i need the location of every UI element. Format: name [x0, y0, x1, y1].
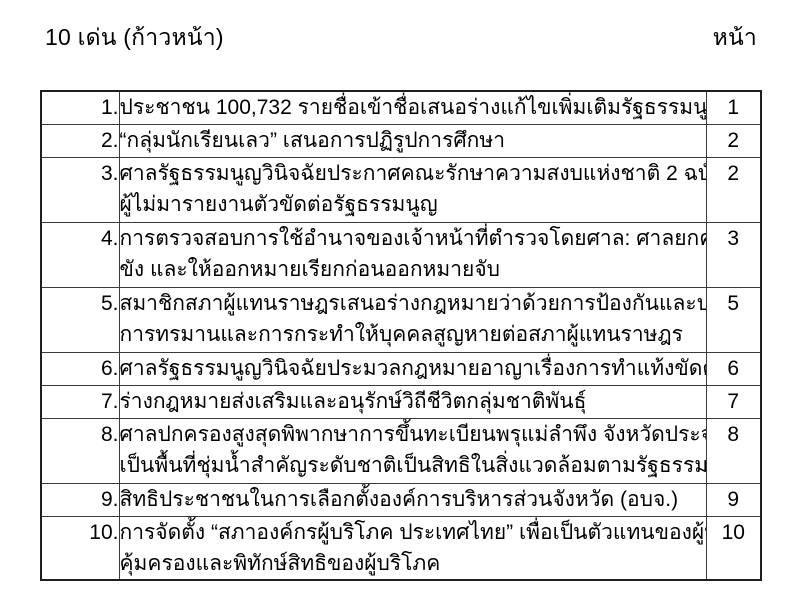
- contents-table: 1. ประชาชน 100,732 รายชื่อเข้าชื่อเสนอร่…: [40, 90, 762, 581]
- table-row: 10. การจัดตั้ง “สภาองค์กรผู้บริโภค ประเท…: [41, 516, 761, 580]
- item-number: 7.: [41, 385, 119, 418]
- document-header: 10 เด่น (ก้าวหน้า) หน้า: [0, 0, 800, 90]
- page-title: 10 เด่น (ก้าวหน้า): [45, 22, 224, 52]
- item-page-number: 5: [706, 287, 761, 352]
- item-title: “กลุ่มนักเรียนเลว” เสนอการปฏิรูปการศึกษา: [119, 124, 706, 157]
- item-number: 6.: [41, 352, 119, 385]
- item-title-line: ศาลรัฐธรรมนูญวินิจฉัยประมวลกฎหมายอาญาเรื…: [120, 353, 706, 384]
- item-page-number: 10: [706, 516, 761, 580]
- document-page: 10 เด่น (ก้าวหน้า) หน้า 1. ประชาชน 100,7…: [0, 0, 800, 612]
- item-title-line: ประชาชน 100,732 รายชื่อเข้าชื่อเสนอร่างแ…: [120, 92, 706, 123]
- table-row: 9. สิทธิประชาชนในการเลือกตั้งองค์การบริห…: [41, 483, 761, 516]
- item-title: ศาลปกครองสูงสุดพิพากษาการขึ้นทะเบียนพรุแ…: [119, 418, 706, 483]
- item-title-line: ศาลรัฐธรรมนูญวินิจฉัยประกาศคณะรักษาความส…: [120, 158, 706, 189]
- item-page-number: 1: [706, 91, 761, 124]
- item-title: การตรวจสอบการใช้อำนาจของเจ้าหน้าที่ตำรวจ…: [119, 222, 706, 287]
- item-title-line: ผู้ไม่มารายงานตัวขัดต่อรัฐธรรมนูญ: [120, 189, 706, 220]
- item-page-number: 2: [706, 157, 761, 222]
- item-title-line: สิทธิประชาชนในการเลือกตั้งองค์การบริหารส…: [120, 484, 706, 515]
- table-row: 5. สมาชิกสภาผู้แทนราษฎรเสนอร่างกฎหมายว่า…: [41, 287, 761, 352]
- table-row: 6. ศาลรัฐธรรมนูญวินิจฉัยประมวลกฎหมายอาญา…: [41, 352, 761, 385]
- item-title: ประชาชน 100,732 รายชื่อเข้าชื่อเสนอร่างแ…: [119, 91, 706, 124]
- item-title-line: ศาลปกครองสูงสุดพิพากษาการขึ้นทะเบียนพรุแ…: [120, 419, 706, 450]
- item-number: 2.: [41, 124, 119, 157]
- item-title-line: การจัดตั้ง “สภาองค์กรผู้บริโภค ประเทศไทย…: [120, 517, 706, 548]
- table-row: 2. “กลุ่มนักเรียนเลว” เสนอการปฏิรูปการศึ…: [41, 124, 761, 157]
- table-row: 8. ศาลปกครองสูงสุดพิพากษาการขึ้นทะเบียนพ…: [41, 418, 761, 483]
- item-title: สิทธิประชาชนในการเลือกตั้งองค์การบริหารส…: [119, 483, 706, 516]
- item-title-line: การทรมานและการกระทำให้บุคคลสูญหายต่อสภาผ…: [120, 319, 706, 350]
- item-number: 9.: [41, 483, 119, 516]
- item-page-number: 9: [706, 483, 761, 516]
- item-number: 10.: [41, 516, 119, 580]
- item-title-line: เป็นพื้นที่ชุ่มน้ำสำคัญระดับชาติเป็นสิทธ…: [120, 450, 706, 481]
- item-page-number: 8: [706, 418, 761, 483]
- item-page-number: 2: [706, 124, 761, 157]
- item-title-line: ร่างกฎหมายส่งเสริมและอนุรักษ์วิถีชีวิตกล…: [120, 386, 706, 417]
- item-number: 5.: [41, 287, 119, 352]
- item-number: 8.: [41, 418, 119, 483]
- item-title: ศาลรัฐธรรมนูญวินิจฉัยประมวลกฎหมายอาญาเรื…: [119, 352, 706, 385]
- table-row: 7. ร่างกฎหมายส่งเสริมและอนุรักษ์วิถีชีวิ…: [41, 385, 761, 418]
- table-row: 3. ศาลรัฐธรรมนูญวินิจฉัยประกาศคณะรักษาคว…: [41, 157, 761, 222]
- item-title-line: “กลุ่มนักเรียนเลว” เสนอการปฏิรูปการศึกษา: [120, 125, 706, 156]
- item-number: 1.: [41, 91, 119, 124]
- table-row: 1. ประชาชน 100,732 รายชื่อเข้าชื่อเสนอร่…: [41, 91, 761, 124]
- item-title: ศาลรัฐธรรมนูญวินิจฉัยประกาศคณะรักษาความส…: [119, 157, 706, 222]
- item-number: 3.: [41, 157, 119, 222]
- item-title-line: ขัง และให้ออกหมายเรียกก่อนออกหมายจับ: [120, 254, 706, 285]
- item-title: การจัดตั้ง “สภาองค์กรผู้บริโภค ประเทศไทย…: [119, 516, 706, 580]
- item-title-line: คุ้มครองและพิทักษ์สิทธิของผู้บริโภค: [120, 548, 706, 579]
- table-row: 4. การตรวจสอบการใช้อำนาจของเจ้าหน้าที่ตำ…: [41, 222, 761, 287]
- item-title-line: สมาชิกสภาผู้แทนราษฎรเสนอร่างกฎหมายว่าด้ว…: [120, 288, 706, 319]
- page-column-label: หน้า: [713, 22, 757, 52]
- item-title-line: การตรวจสอบการใช้อำนาจของเจ้าหน้าที่ตำรวจ…: [120, 223, 706, 254]
- item-title: ร่างกฎหมายส่งเสริมและอนุรักษ์วิถีชีวิตกล…: [119, 385, 706, 418]
- item-page-number: 6: [706, 352, 761, 385]
- item-page-number: 3: [706, 222, 761, 287]
- item-page-number: 7: [706, 385, 761, 418]
- item-title: สมาชิกสภาผู้แทนราษฎรเสนอร่างกฎหมายว่าด้ว…: [119, 287, 706, 352]
- item-number: 4.: [41, 222, 119, 287]
